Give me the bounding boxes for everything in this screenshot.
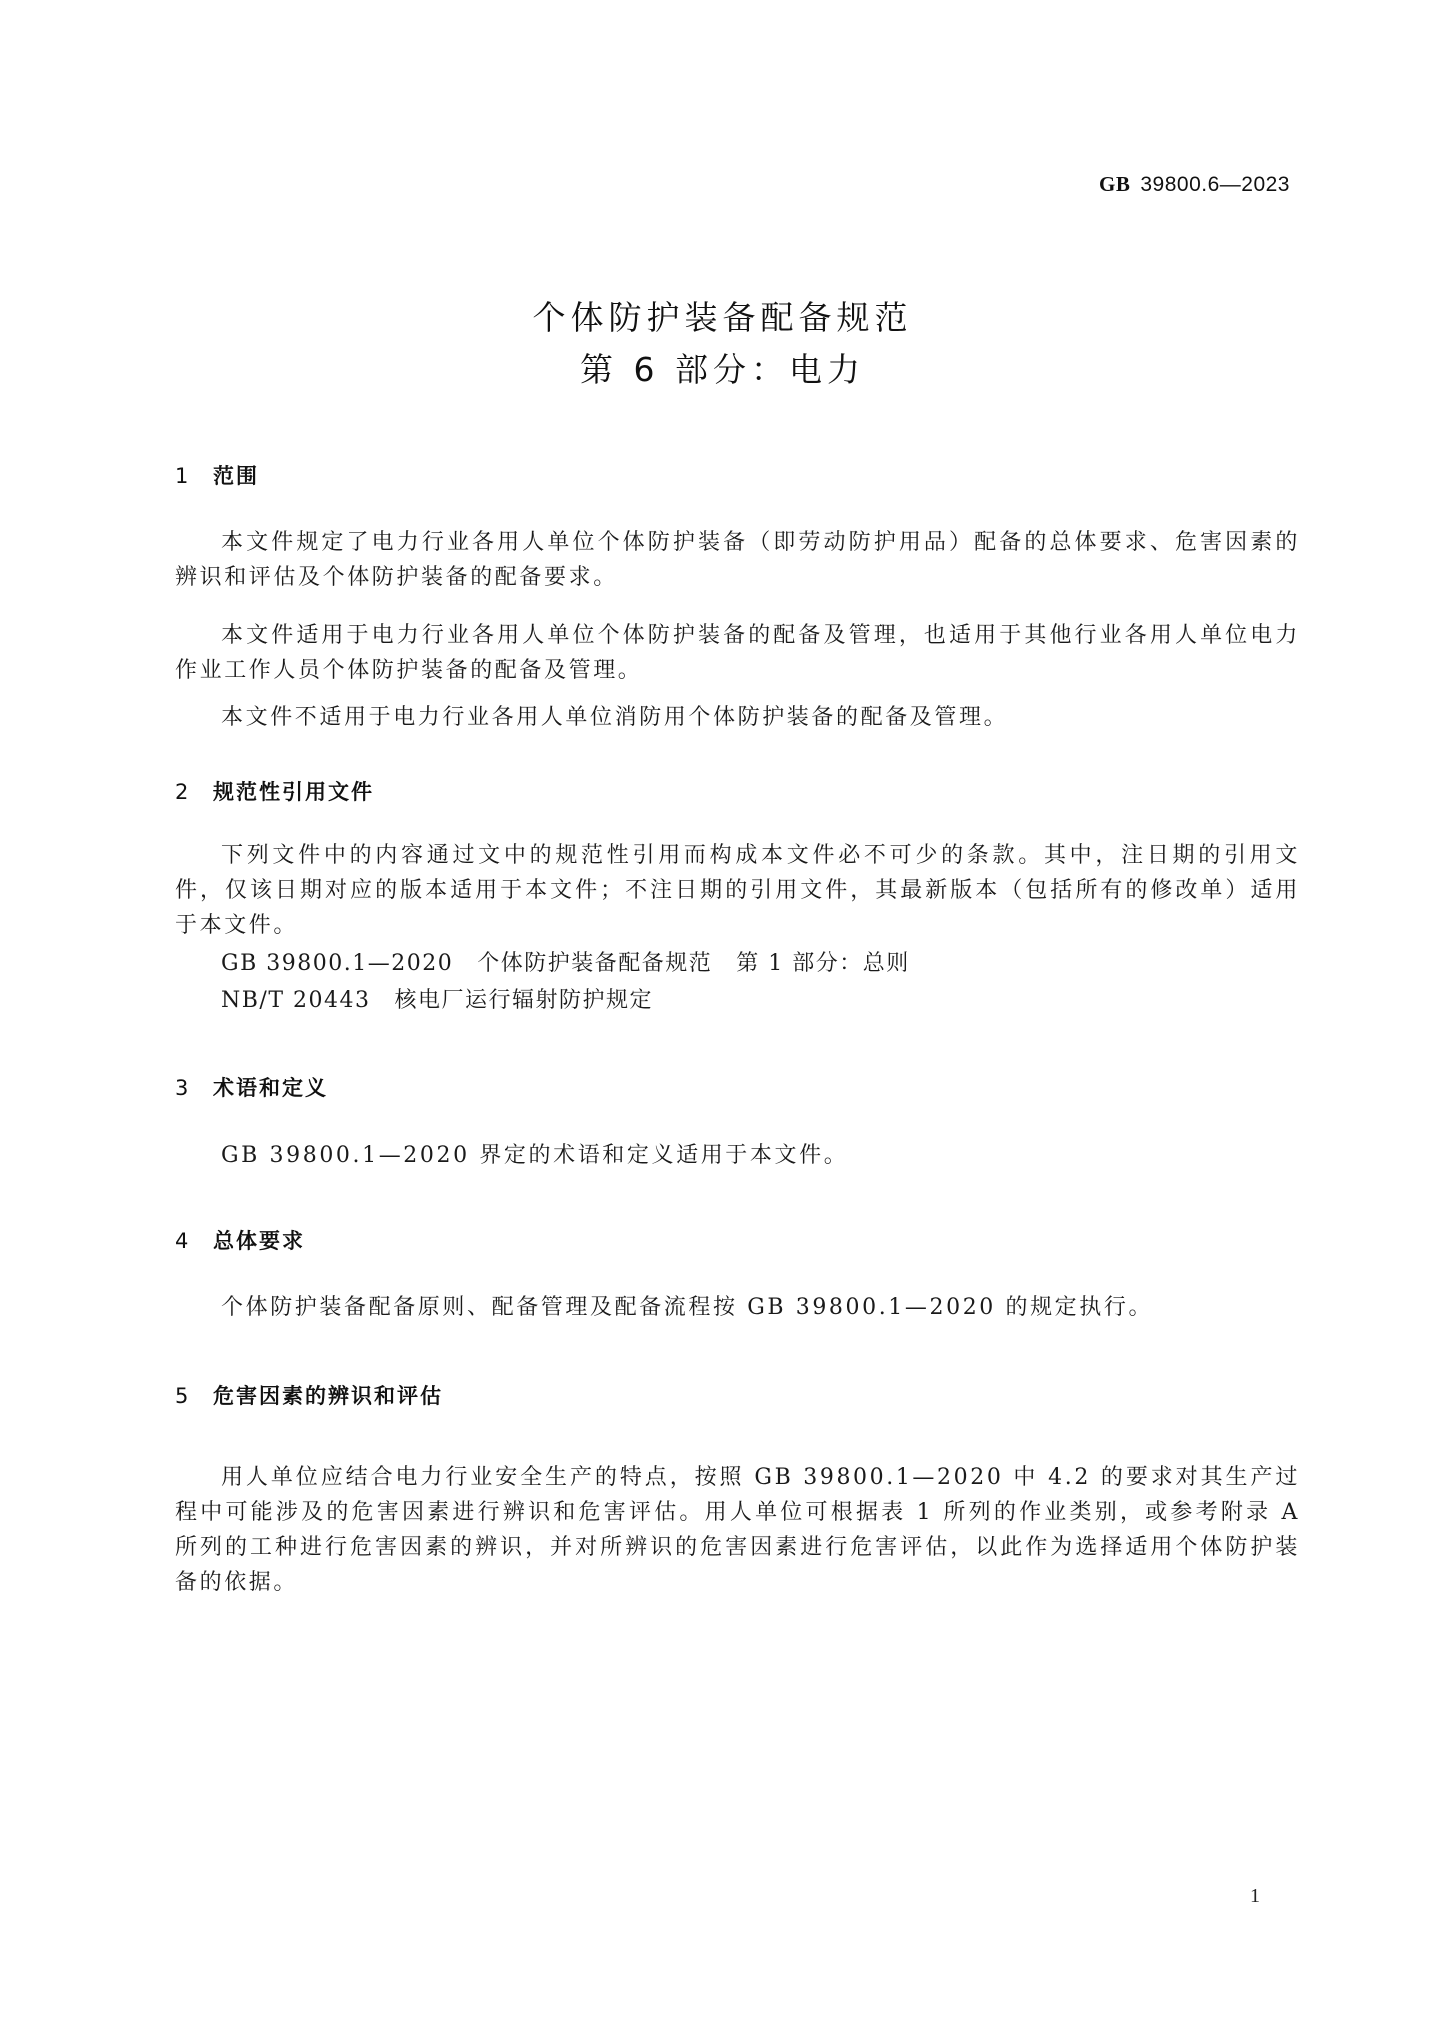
section-heading-5: 5危害因素的辨识和评估 bbox=[175, 1380, 443, 1410]
reference-code: NB/T 20443 bbox=[221, 988, 370, 1013]
document-title: 个体防护装备配备规范 第 6 部分：电力 bbox=[0, 292, 1445, 396]
section-title: 范围 bbox=[213, 464, 259, 488]
standard-code: 39800.6—2023 bbox=[1140, 173, 1290, 196]
reference-code: GB 39800.1—2020 bbox=[221, 951, 453, 976]
paragraph: 本文件适用于电力行业各用人单位个体防护装备的配备及管理，也适用于其他行业各用人单… bbox=[175, 618, 1300, 688]
section-heading-1: 1范围 bbox=[175, 460, 259, 490]
section-title: 危害因素的辨识和评估 bbox=[213, 1384, 443, 1408]
section-number: 4 bbox=[175, 1229, 213, 1253]
title-main: 个体防护装备配备规范 bbox=[0, 292, 1445, 344]
paragraph: 本文件不适用于电力行业各用人单位消防用个体防护装备的配备及管理。 bbox=[175, 700, 1300, 735]
section-heading-2: 2规范性引用文件 bbox=[175, 776, 374, 806]
standard-number: GB39800.6—2023 bbox=[1099, 172, 1290, 197]
section-title: 总体要求 bbox=[213, 1229, 305, 1253]
standard-prefix: GB bbox=[1099, 172, 1130, 196]
section-number: 2 bbox=[175, 780, 213, 804]
document-page: GB39800.6—2023 个体防护装备配备规范 第 6 部分：电力 1范围 … bbox=[0, 0, 1445, 2044]
paragraph: 个体防护装备配备原则、配备管理及配备流程按 GB 39800.1—2020 的规… bbox=[175, 1290, 1300, 1325]
section-number: 5 bbox=[175, 1384, 213, 1408]
reference-item: GB 39800.1—2020个体防护装备配备规范第 1 部分：总则 bbox=[221, 946, 910, 981]
title-part: 第 6 部分：电力 bbox=[0, 344, 1445, 396]
section-heading-4: 4总体要求 bbox=[175, 1225, 305, 1255]
page-number: 1 bbox=[1250, 1885, 1260, 1908]
section-title: 规范性引用文件 bbox=[213, 780, 374, 804]
section-heading-3: 3术语和定义 bbox=[175, 1072, 328, 1102]
reference-part: 第 1 部分：总则 bbox=[736, 951, 909, 976]
paragraph: 用人单位应结合电力行业安全生产的特点，按照 GB 39800.1—2020 中 … bbox=[175, 1460, 1300, 1600]
reference-title: 核电厂运行辐射防护规定 bbox=[394, 988, 653, 1013]
paragraph: 下列文件中的内容通过文中的规范性引用而构成本文件必不可少的条款。其中，注日期的引… bbox=[175, 838, 1300, 943]
reference-title: 个体防护装备配备规范 bbox=[477, 951, 712, 976]
paragraph: GB 39800.1—2020 界定的术语和定义适用于本文件。 bbox=[175, 1138, 1300, 1173]
section-title: 术语和定义 bbox=[213, 1076, 328, 1100]
section-number: 3 bbox=[175, 1076, 213, 1100]
section-number: 1 bbox=[175, 464, 213, 488]
reference-item: NB/T 20443核电厂运行辐射防护规定 bbox=[221, 983, 653, 1018]
paragraph: 本文件规定了电力行业各用人单位个体防护装备（即劳动防护用品）配备的总体要求、危害… bbox=[175, 525, 1300, 595]
